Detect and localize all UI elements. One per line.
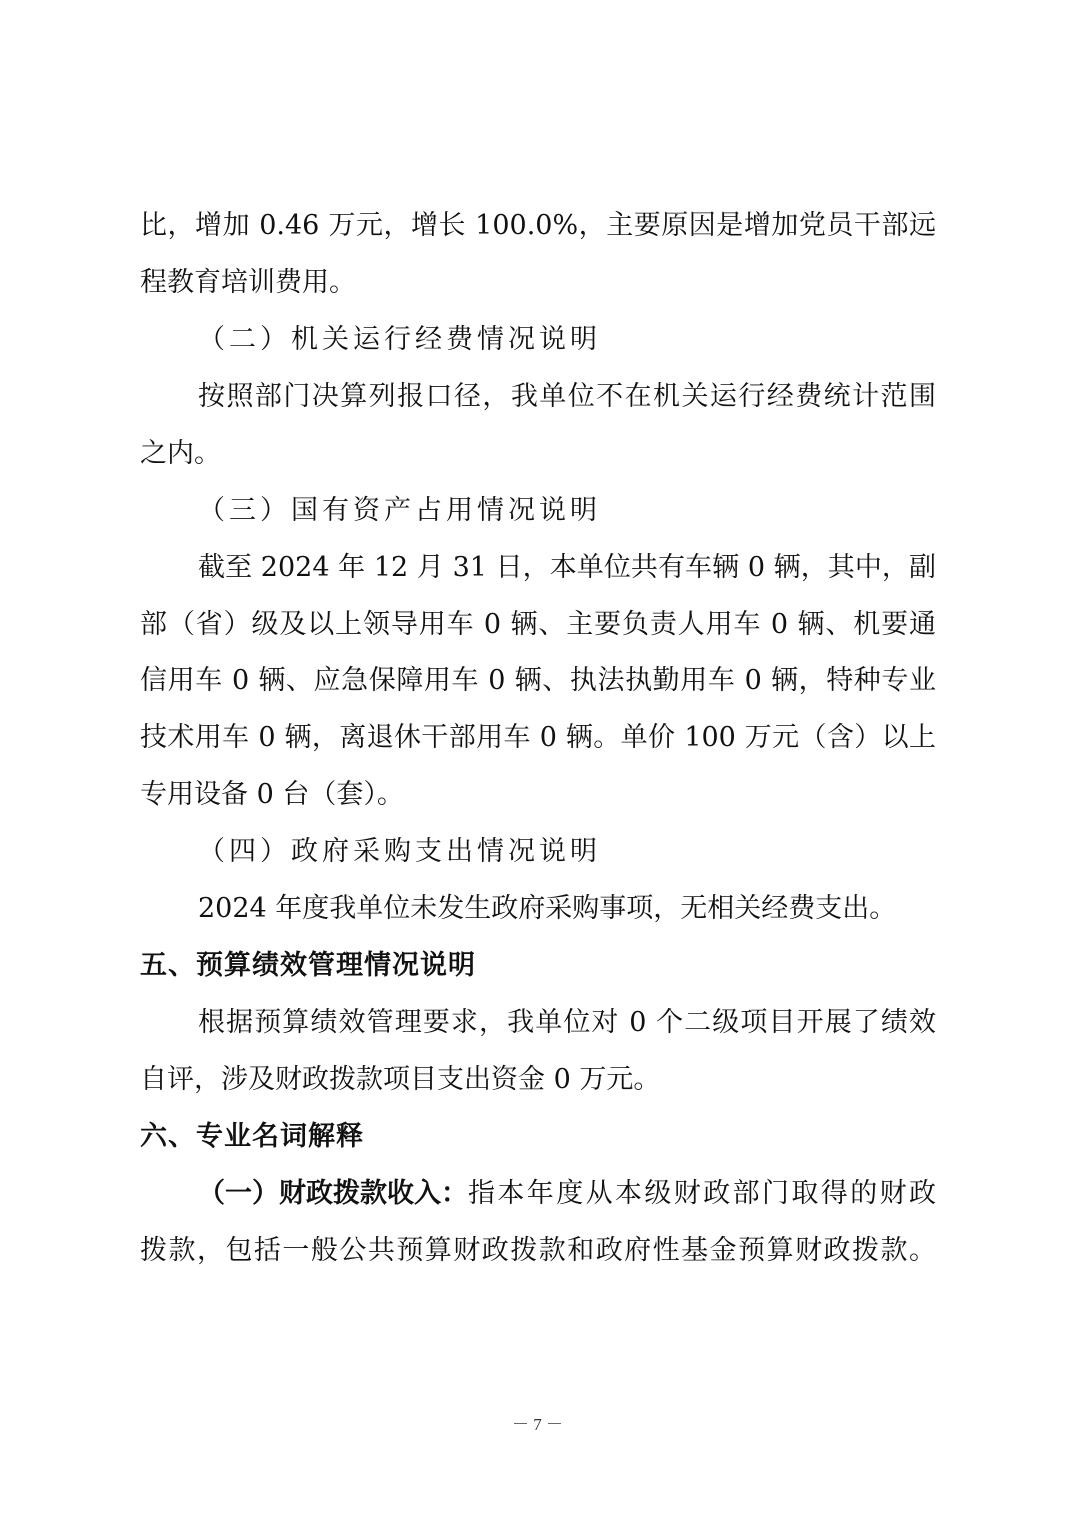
paragraph-line: 拨款，包括一般公共预算财政拨款和政府性基金预算财政拨款。 — [140, 1231, 936, 1271]
paragraph-line: 专用设备 0 台（套）。 — [140, 775, 936, 815]
paragraph-line: 自评，涉及财政拨款项目支出资金 0 万元。 — [140, 1060, 936, 1100]
paragraph-line: 按照部门决算列报口径，我单位不在机关运行经费统计范围 — [198, 377, 936, 417]
term-label: （一）财政拨款收入： — [198, 1174, 468, 1214]
term-text: 指本年度从本级财政部门取得的财政 — [468, 1174, 936, 1214]
paragraph-line: 部（省）级及以上领导用车 0 辆、主要负责人用车 0 辆、机要通 — [140, 605, 936, 645]
paragraph-line: 技术用车 0 辆，离退休干部用车 0 辆。单价 100 万元（含）以上 — [140, 718, 936, 758]
page-number: － 7 － — [0, 1410, 1075, 1435]
paragraph-line: 之内。 — [140, 434, 936, 474]
subsection-heading-2: （二）机关运行经费情况说明 — [198, 320, 601, 360]
term-definition-line: （一）财政拨款收入： 指本年度从本级财政部门取得的财政 — [198, 1174, 936, 1214]
paragraph-line: 程教育培训费用。 — [140, 263, 936, 303]
paragraph-line: 2024 年度我单位未发生政府采购事项，无相关经费支出。 — [198, 889, 936, 929]
subsection-heading-3: （三）国有资产占用情况说明 — [198, 491, 601, 531]
paragraph-line: 信用车 0 辆、应急保障用车 0 辆、执法执勤用车 0 辆，特种专业 — [140, 661, 936, 701]
section-heading-5: 五、预算绩效管理情况说明 — [140, 946, 476, 986]
section-heading-6: 六、专业名词解释 — [140, 1117, 364, 1157]
paragraph-line: 比，增加 0.46 万元，增长 100.0%，主要原因是增加党员干部远 — [140, 206, 936, 246]
paragraph-line: 截至 2024 年 12 月 31 日，本单位共有车辆 0 辆，其中，副 — [198, 548, 936, 588]
paragraph-line: 根据预算绩效管理要求，我单位对 0 个二级项目开展了绩效 — [198, 1003, 936, 1043]
subsection-heading-4: （四）政府采购支出情况说明 — [198, 832, 601, 872]
